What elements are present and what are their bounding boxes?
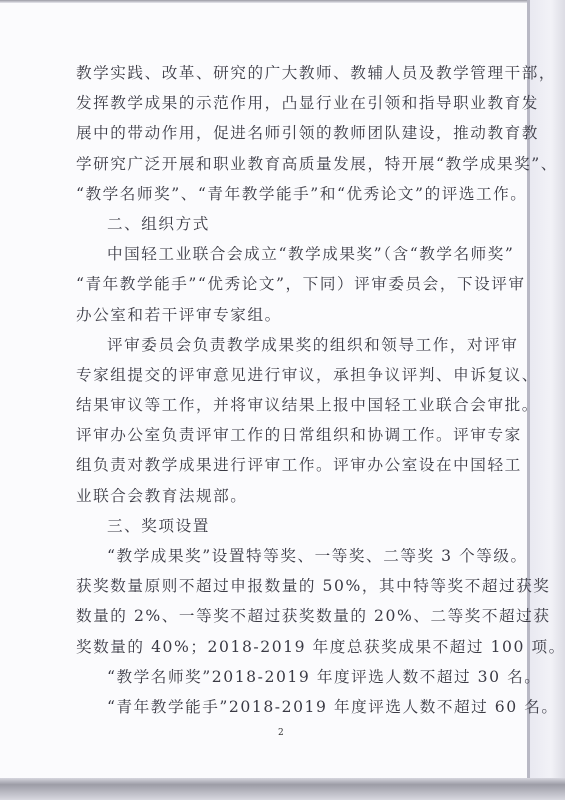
paragraph-line: 中国轻工业联合会成立“教学成果奖”（含“教学名师奖” <box>76 239 496 269</box>
scan-top-edge <box>0 0 565 3</box>
paragraph-line: 获奖数量原则不超过申报数量的 50%，其中特等奖不超过获奖 <box>76 571 496 601</box>
paragraph-line: 评审办公室负责评审工作的日常组织和协调工作。评审专家 <box>76 420 496 450</box>
section-heading-awards: 三、奖项设置 <box>76 511 496 541</box>
paragraph-line: 业联合会教育法规部。 <box>76 481 496 511</box>
paragraph-line: 奖数量的 40%；2018-2019 年度总获奖成果不超过 100 项。 <box>76 632 496 662</box>
paragraph-line: 办公室和若干评审专家组。 <box>76 300 496 330</box>
document-body: 教学实践、改革、研究的广大教师、教辅人员及教学管理干部， 发挥教学成果的示范作用… <box>76 58 496 722</box>
paragraph-line: 教学实践、改革、研究的广大教师、教辅人员及教学管理干部， <box>76 58 496 88</box>
section-heading-organization: 二、组织方式 <box>76 209 496 239</box>
paragraph-line: “教学名师奖”、“青年教学能手”和“优秀论文”的评选工作。 <box>76 179 496 209</box>
scan-margin-strip <box>530 0 565 778</box>
paragraph-line: 结果审议等工作，并将审议结果上报中国轻工业联合会审批。 <box>76 390 496 420</box>
paragraph-line: 组负责对教学成果进行评审工作。评审办公室设在中国轻工 <box>76 450 496 480</box>
paragraph-line: 发挥教学成果的示范作用，凸显行业在引领和指导职业教育发 <box>76 88 496 118</box>
paragraph-line: “青年教学能手”2018-2019 年度评选人数不超过 60 名。 <box>76 692 496 722</box>
paragraph-line: 展中的带动作用，促进名师引领的教师团队建设，推动教育教 <box>76 118 496 148</box>
paragraph-line: “教学名师奖”2018-2019 年度评选人数不超过 30 名。 <box>76 662 496 692</box>
paragraph-line: “教学成果奖”设置特等奖、一等奖、二等奖 3 个等级。 <box>76 541 496 571</box>
paragraph-line: 数量的 2%、一等奖不超过获奖数量的 20%、二等奖不超过获 <box>76 601 496 631</box>
paragraph-line: 学研究广泛开展和职业教育高质量发展，特开展“教学成果奖”、 <box>76 149 496 179</box>
paragraph-line: 专家组提交的评审意见进行审议，承担争议评判、申诉复议、 <box>76 360 496 390</box>
paragraph-line: 评审委员会负责教学成果奖的组织和领导工作，对评审 <box>76 330 496 360</box>
paragraph-line: “青年教学能手”“优秀论文”，下同）评审委员会，下设评审 <box>76 269 496 299</box>
scan-bottom-edge <box>0 778 565 800</box>
page-number: 2 <box>278 728 284 738</box>
